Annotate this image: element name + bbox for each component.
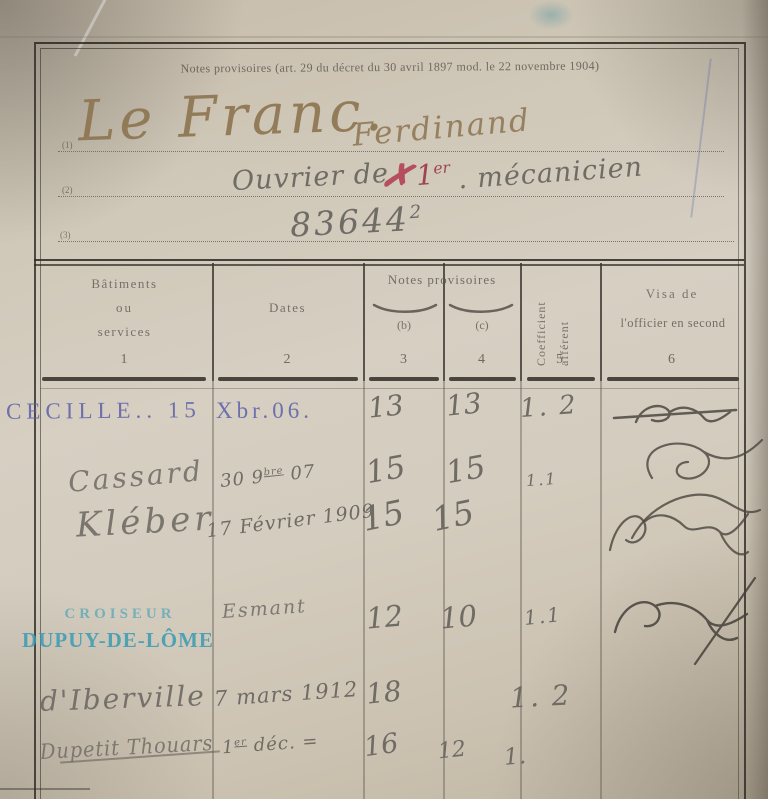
row1-ship-stamp: CECILLE.. 15 <box>6 397 201 425</box>
row5-note-b: 18 <box>364 674 403 711</box>
row4-note-c: 10 <box>439 598 479 635</box>
row2-coefficient: 1.1 <box>525 469 558 490</box>
col1-header-line2: ou <box>42 300 207 316</box>
field3-sup: 2 <box>409 202 425 224</box>
field3-label: (3) <box>60 230 71 240</box>
field1-label: (1) <box>62 140 73 150</box>
colc-header-num: 4 <box>445 352 519 368</box>
col2-header-label: Dates <box>214 300 361 316</box>
row6-date-sup: er <box>234 737 247 749</box>
table-top-rule-2 <box>34 264 744 266</box>
row1-visa-signature-struck <box>608 396 740 436</box>
field3-matricule: 836442 <box>289 199 425 245</box>
row2-date-post: 07 <box>283 461 317 485</box>
row4-note-b: 12 <box>365 598 405 635</box>
document-photo: Notes provisoires (art. 29 du décret du … <box>0 0 768 799</box>
notes-group-header: Notes provisoires <box>366 272 518 288</box>
column-divider-4 <box>520 263 522 799</box>
header-underline-colc <box>449 377 516 381</box>
paper-crease-top <box>0 36 768 38</box>
colb-header-num: 3 <box>366 352 442 368</box>
row1-note-b: 13 <box>366 388 405 425</box>
col5-header-num: 5 <box>522 352 598 368</box>
brace-col-b <box>372 302 438 314</box>
field1-name-main: Le Franc. <box>77 79 387 155</box>
header-underline-col6 <box>607 377 739 381</box>
row2-date-sup: bre <box>263 465 284 478</box>
field2-label: (2) <box>62 185 73 195</box>
field2-grade-sup: er <box>433 159 451 178</box>
row2-note-b: 15 <box>363 449 408 491</box>
row1-coefficient: 1. 2 <box>519 390 579 424</box>
row6-coefficient: 1. <box>503 743 527 771</box>
col6-header-num: 6 <box>602 352 742 368</box>
row4-coefficient: 1.1 <box>523 602 563 630</box>
col1-header-line1: Bâtiments <box>42 276 207 292</box>
col1-header-line3: services <box>42 324 207 340</box>
header-underline-col1 <box>42 377 206 381</box>
field2-grade-num: 1 <box>415 158 435 192</box>
col2-header-num: 2 <box>214 352 361 368</box>
colb-header-label: (b) <box>366 318 442 333</box>
brace-col-c <box>448 302 514 314</box>
header-underline-col5 <box>527 377 595 381</box>
field3-number: 83644 <box>289 199 411 244</box>
field2-grade: 1er <box>415 157 452 192</box>
col6-header-line1: Visa de <box>602 286 742 302</box>
col6-header-line2: l'officier en second <box>600 316 746 331</box>
row3-ship: Kléber <box>75 498 215 545</box>
colc-header-label: (c) <box>445 318 519 333</box>
row3-visa-signature <box>592 490 752 570</box>
field3-dotted-line <box>58 241 734 242</box>
row5-ship: d'Iberville <box>39 679 206 718</box>
row4-ship-stamp-line1: CROISEUR <box>40 606 200 623</box>
header-underline-col2 <box>218 377 358 381</box>
row1-note-c: 13 <box>444 386 483 423</box>
row5-coefficient: 1. 2 <box>509 678 572 714</box>
row4-visa-signature <box>585 572 768 667</box>
row2-note-c: 15 <box>443 449 488 491</box>
row1-date-stamp: Xbr.06. <box>216 398 313 424</box>
row6-note-c: 12 <box>437 737 467 765</box>
row4-ship-stamp-line2: DUPUY-DE-LÔME <box>14 628 222 653</box>
col1-header-num: 1 <box>42 352 207 368</box>
row6-note-b: 16 <box>362 728 400 763</box>
ink-smudge-teal <box>528 0 574 30</box>
table-top-rule-1 <box>34 259 744 261</box>
header-underline-colb <box>369 377 439 381</box>
